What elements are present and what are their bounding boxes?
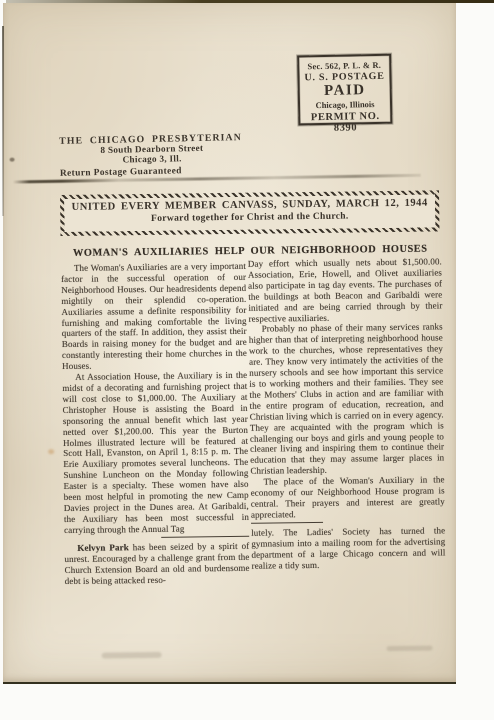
stamp-permit-line: PERMIT NO. 8390 [300, 111, 390, 135]
canvass-banner: UNITED EVERY MEMBER CANVASS, SUNDAY, MAR… [60, 190, 439, 236]
paper-stain [10, 158, 15, 162]
section-divider-rule [251, 522, 323, 524]
paragraph: At Association House, the Auxiliary is i… [62, 370, 249, 536]
page-content: Sec. 562, P. L. & R. U. S. POSTAGE PAID … [0, 0, 460, 684]
paragraph-lead: Kelvyn Park [77, 542, 129, 553]
article-column-right: Day effort which usually nets about $1,5… [248, 256, 446, 571]
return-address-block: THE CHICAGO PRESBYTERIAN 8 South Dearbor… [59, 132, 245, 178]
stamp-postage-line: U. S. POSTAGE [299, 71, 389, 84]
scan-top-edge [6, 0, 494, 3]
paragraph: The place of the Woman's Auxiliary in th… [250, 475, 445, 521]
paragraph: lutely. The Ladies' Society has turned t… [251, 526, 446, 572]
paragraph: Probably no phase of their many services… [249, 322, 445, 477]
paragraph: Day effort which usually nets about $1,5… [248, 256, 443, 324]
paper-left-edge [2, 26, 4, 216]
paper-stain [387, 646, 433, 652]
section-divider-rule [161, 535, 249, 538]
paragraph-kelvyn-park: Kelvyn Park has been seized by a spirit … [64, 541, 250, 587]
paragraph: The Woman's Auxiliaries are a very impor… [61, 261, 247, 372]
stamp-city-line: Chicago, Illinois [300, 99, 390, 111]
paper-stain [48, 449, 54, 454]
newsletter-page: Sec. 562, P. L. & R. U. S. POSTAGE PAID … [3, 3, 456, 684]
stamp-section-line: Sec. 562, P. L. & R. [299, 60, 389, 72]
stamp-paid-line: PAID [300, 83, 390, 100]
postage-permit-stamp: Sec. 562, P. L. & R. U. S. POSTAGE PAID … [297, 54, 392, 126]
paper-stain [102, 652, 162, 659]
article-column-left: The Woman's Auxiliaries are a very impor… [61, 261, 250, 587]
